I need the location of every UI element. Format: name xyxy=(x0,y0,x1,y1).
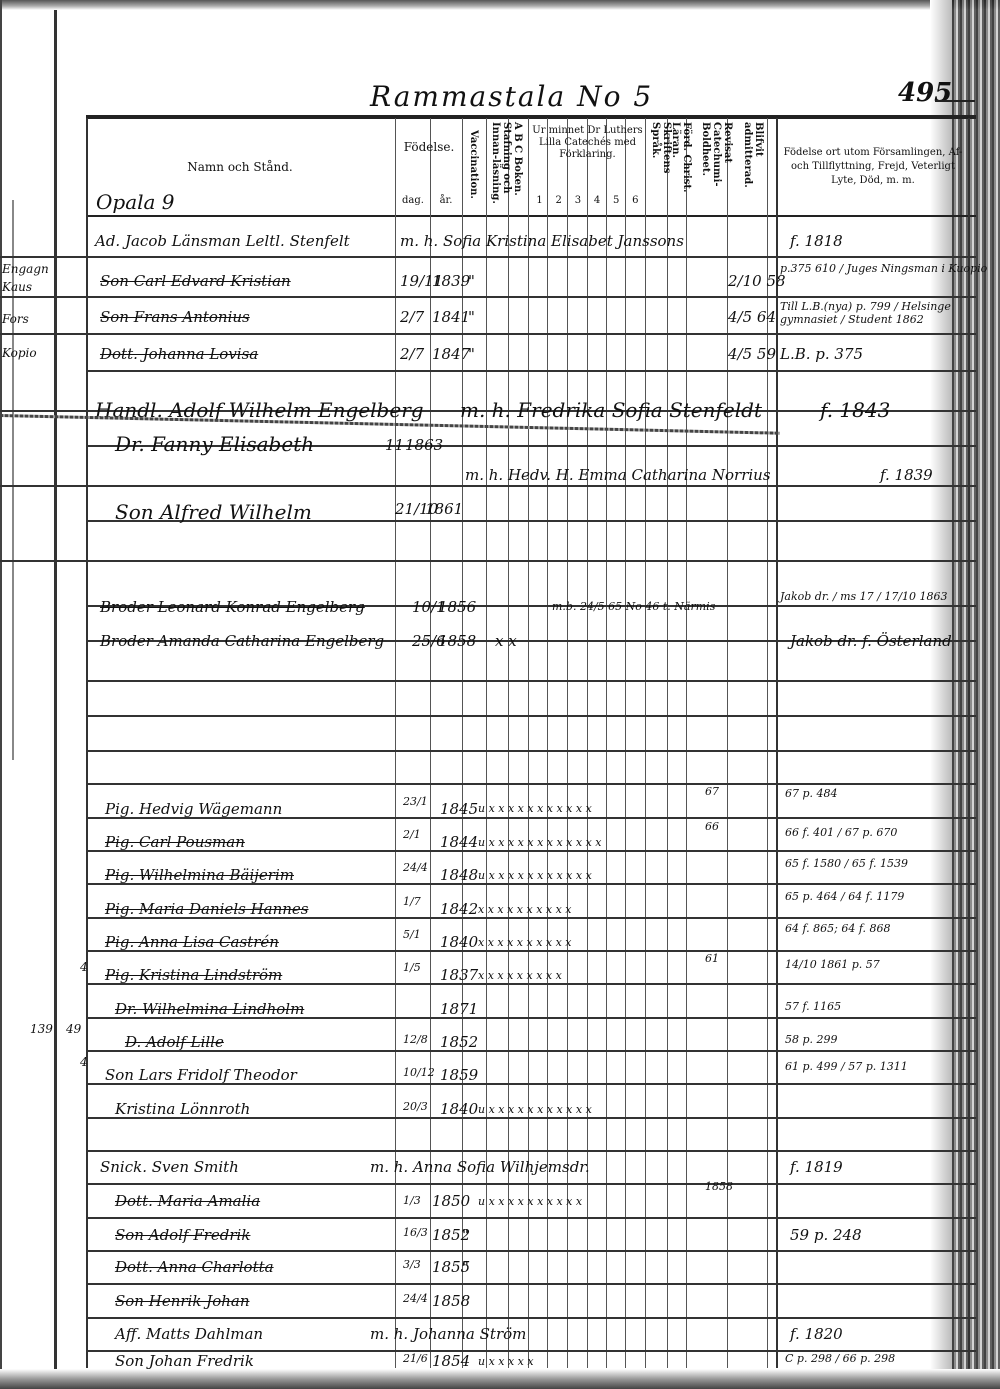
margin-note: Kaus xyxy=(2,280,32,294)
reading-marks: u x x x x x x x x x x x xyxy=(478,1103,592,1116)
cat-col-1: 1 xyxy=(536,193,542,208)
row-line xyxy=(86,783,976,785)
entry-spouse: m. h. Hedv. H. Emma Catharina Norrius xyxy=(465,466,771,484)
scan-bottom-edge xyxy=(0,1369,1000,1389)
birth-day: 10/12 xyxy=(403,1066,435,1079)
reading-marks: u x x x x x xyxy=(478,1355,534,1368)
col-line-abc xyxy=(528,118,529,1368)
entry-remark: Till L.B.(nya) p. 799 / Helsinge gymnasi… xyxy=(780,300,965,326)
entry-remark: 67 p. 484 xyxy=(785,787,838,800)
reading-marks: u x x x x x x x x x x x x xyxy=(478,836,602,849)
header-remarks: Födelse ort utom Församlingen, Af- och T… xyxy=(780,146,966,188)
birth-year: 1859 xyxy=(440,1066,478,1084)
entry-remark: 66 f. 401 / 67 p. 670 xyxy=(785,826,897,839)
header-christian-doctrine: Förd. Christ. Läran. xyxy=(670,122,692,212)
admit-date: 61 xyxy=(705,952,719,965)
birth-day: 1/5 xyxy=(403,961,421,974)
birth-day: 24/4 xyxy=(403,1292,428,1305)
entry-name: Dott. Johanna Lovisa xyxy=(100,345,258,363)
birth-year: 1858 xyxy=(432,1292,470,1310)
col-line-sprak xyxy=(667,118,668,1368)
row-line xyxy=(86,1150,976,1152)
header-vaccination: Vaccination. xyxy=(468,130,479,210)
entry-remark: 57 f. 1165 xyxy=(785,1000,841,1013)
prev-page-line xyxy=(0,560,100,562)
birth-year: 1844 xyxy=(440,833,478,851)
entry-remark: 65 p. 464 / 64 f. 1179 xyxy=(785,890,904,903)
entry-name: Dott. Maria Amalia xyxy=(115,1192,260,1210)
reading-marks: x x xyxy=(495,632,517,650)
row-line xyxy=(86,1183,976,1185)
entry-name: Son Carl Edvard Kristian xyxy=(100,272,291,290)
admit-date: 2/10 58 xyxy=(728,272,786,290)
entry-remark: 65 f. 1580 / 65 f. 1539 xyxy=(785,857,908,870)
birth-year: 1863 xyxy=(405,436,443,454)
entry-remark: 58 p. 299 xyxy=(785,1033,838,1046)
entry-remark: Jakob dr. / ms 17 / 17/10 1863 xyxy=(780,590,960,603)
entry-remark: 61 p. 499 / 57 p. 1311 xyxy=(785,1060,908,1073)
reading-marks: u x x x x x x x x x x x xyxy=(478,869,592,882)
entry-name: Pig. Carl Pousman xyxy=(105,833,245,851)
cat-col-6: 6 xyxy=(632,193,638,208)
entry-remark: f. 1839 xyxy=(880,466,933,484)
margin-number: 4 xyxy=(80,1055,88,1069)
entry-remark: 14/10 1861 p. 57 xyxy=(785,958,880,971)
margin-note: Engagn xyxy=(2,262,49,276)
birth-day: 24/4 xyxy=(403,861,428,874)
row-line xyxy=(86,1217,976,1219)
entry-name: Pig. Maria Daniels Hannes xyxy=(105,900,309,918)
entry-remark: f. 1819 xyxy=(790,1158,843,1176)
birth-year: 1848 xyxy=(440,866,478,884)
reading-marks: x x x x x x x x x x xyxy=(478,903,572,916)
entry-name: Kristina Lönnroth xyxy=(115,1100,250,1118)
admit-date: 66 xyxy=(705,820,719,833)
row-line xyxy=(86,1317,976,1319)
birth-year: 1839 xyxy=(432,272,470,290)
section-heading: Opala 9 xyxy=(96,190,175,214)
col-line-year xyxy=(462,118,463,1368)
cat-col-5: 5 xyxy=(613,193,619,208)
birth-year: 1858 xyxy=(438,632,476,650)
birth-day: 21/6 xyxy=(403,1352,428,1365)
col-line-c6 xyxy=(645,118,646,1368)
entry-name: Pig. Wilhelmina Bäijerim xyxy=(105,866,294,884)
reading-marks: u x x x x x x x x x x xyxy=(478,1195,582,1208)
entry-name: Son Henrik Johan xyxy=(115,1292,250,1310)
prev-page-line xyxy=(0,410,100,412)
margin-number: 139 xyxy=(30,1022,53,1036)
birth-year: 1871 xyxy=(440,1000,478,1018)
entry-name: Pig. Hedvig Wägemann xyxy=(105,800,282,818)
prev-page-line xyxy=(0,256,100,258)
birth-day: 5/1 xyxy=(403,928,421,941)
birth-day: 1/7 xyxy=(403,895,421,908)
entry-name: Son Adolf Fredrik xyxy=(115,1226,250,1244)
margin-number: 4 xyxy=(80,960,88,974)
col-line-remarks xyxy=(776,118,778,1368)
margin-note: Kopio xyxy=(2,346,37,360)
birth-day: 3/3 xyxy=(403,1258,421,1271)
birth-day: 2/1 xyxy=(403,828,421,841)
birth-day: 2/7 xyxy=(400,308,424,326)
book-spine xyxy=(54,10,57,1389)
reading-marks: x x x x x x x x x x xyxy=(478,936,572,949)
entry-note: m.b. 24/5 65 No 46 t. Närmis xyxy=(552,600,715,613)
col-line-day xyxy=(430,118,431,1368)
vacc-mark: " xyxy=(462,1226,469,1244)
page-number: 495 xyxy=(898,78,952,108)
entry-remark: f. 1843 xyxy=(820,398,890,422)
birth-day: 20/3 xyxy=(403,1100,428,1113)
entry-name: Pig. Kristina Lindström xyxy=(105,966,282,984)
header-birth: Födelse. xyxy=(396,140,462,155)
entry-name: Dr. Fanny Elisabeth xyxy=(115,432,314,456)
entry-spouse: m. h. Anna Sofia Wilhjemsdr. xyxy=(370,1158,590,1176)
prev-page-line xyxy=(0,296,100,298)
col-line-right xyxy=(968,118,970,1368)
birth-year: 1854 xyxy=(432,1352,470,1370)
col-line-c4 xyxy=(606,118,607,1368)
birth-day: 2/7 xyxy=(400,345,424,363)
vacc-mark: " xyxy=(462,1258,469,1276)
birth-day: 12/8 xyxy=(403,1033,428,1046)
entry-name: Aff. Matts Dahlman xyxy=(115,1325,263,1343)
header-birth-day: dag. xyxy=(398,193,428,208)
admit-date: 4/5 64 xyxy=(728,308,776,326)
entry-name: Broder Leonard Konrad Engelberg xyxy=(100,598,365,616)
row-line xyxy=(86,1250,976,1252)
col-line-c5 xyxy=(625,118,626,1368)
entry-name: Dr. Wilhelmina Lindholm xyxy=(115,1000,304,1018)
reading-marks: x x x x x x x x x xyxy=(478,969,562,982)
header-admitted: Blifvit admitterad. xyxy=(742,122,764,212)
row-line xyxy=(86,333,976,335)
header-birth-year: år. xyxy=(432,193,460,208)
margin-number: 49 xyxy=(66,1022,81,1036)
prev-page-line xyxy=(0,333,100,335)
page-number-underline xyxy=(935,100,975,102)
col-line-c3 xyxy=(587,118,588,1368)
entry-name: Pig. Anna Lisa Castrén xyxy=(105,933,279,951)
row-line xyxy=(86,485,976,487)
col-line-left xyxy=(86,118,88,1368)
entry-name: Son Alfred Wilhelm xyxy=(115,500,312,524)
prev-page-line xyxy=(0,485,100,487)
header-abc-book: A B C Boken. xyxy=(512,122,523,212)
row-line xyxy=(86,560,976,562)
cat-col-4: 4 xyxy=(594,193,600,208)
birth-year: 1852 xyxy=(440,1033,478,1051)
row-line xyxy=(86,370,976,372)
birth-year: 1847 xyxy=(432,345,470,363)
row-line xyxy=(86,256,976,258)
row-line xyxy=(86,1283,976,1285)
margin-note: Fors xyxy=(2,312,29,326)
col-line-read xyxy=(508,118,509,1368)
header-catechism-numbers: 1 2 3 4 5 6 xyxy=(530,193,645,208)
entry-name: Broder Amanda Catharina Engelberg xyxy=(100,632,384,650)
entry-remark: L.B. p. 375 xyxy=(780,345,863,363)
col-line-c2 xyxy=(567,118,568,1368)
birth-day: 23/1 xyxy=(403,795,428,808)
header-catechumen-review: Revisat Catechumi-Boldheet. xyxy=(700,122,733,212)
birth-year: 1861 xyxy=(425,500,463,518)
vacc-mark: " xyxy=(468,345,475,363)
row-line xyxy=(86,680,976,682)
entry-spouse: m. h. Johanna Ström xyxy=(370,1325,526,1343)
scan-right-fade xyxy=(930,0,952,1389)
entry-spouse: m. h. Fredrika Sofia Stenfeldt xyxy=(460,398,762,422)
header-catechism: Ur minnet Dr Luthers Lilla Catechés med … xyxy=(530,125,645,161)
admit-date: 1858 xyxy=(705,1180,733,1193)
entry-remark: f. 1818 xyxy=(790,232,843,250)
header-bottom-rule xyxy=(86,215,976,217)
entry-name: D. Adolf Lille xyxy=(125,1033,224,1051)
page-title: Rammastala No 5 xyxy=(370,80,653,113)
entry-name: Ad. Jacob Länsman Leltl. Stenfelt xyxy=(95,232,350,250)
cat-col-3: 3 xyxy=(575,193,581,208)
page-left-edge xyxy=(0,0,2,1389)
col-line-c1 xyxy=(547,118,548,1368)
birth-year: 1837 xyxy=(440,966,478,984)
admit-date: 4/5 59 xyxy=(728,345,776,363)
col-line-christ xyxy=(686,118,687,1368)
entry-name: Son Frans Antonius xyxy=(100,308,250,326)
birth-year: 1845 xyxy=(440,800,478,818)
scan-top-edge xyxy=(0,0,1000,10)
birth-day: 16/3 xyxy=(403,1226,428,1239)
vacc-mark: " xyxy=(468,308,475,326)
birth-year: 1841 xyxy=(432,308,470,326)
header-reading: Stafning och Innan-läsning. xyxy=(490,122,512,212)
entry-name: Son Lars Fridolf Theodor xyxy=(105,1066,297,1084)
birth-year: 1856 xyxy=(438,598,476,616)
entry-name: Snick. Sven Smith xyxy=(100,1158,239,1176)
row-line xyxy=(86,715,976,717)
birth-year: 1840 xyxy=(440,933,478,951)
entry-remark: 64 f. 865; 64 f. 868 xyxy=(785,922,891,935)
header-bible-language: Skriftens Språk. xyxy=(650,122,672,212)
admit-date: 67 xyxy=(705,785,719,798)
entry-name: Dott. Anna Charlotta xyxy=(115,1258,274,1276)
entry-spouse: m. h. Sofia Kristina Elisabet Janssons xyxy=(400,232,684,250)
vacc-mark: " xyxy=(468,272,475,290)
cat-col-2: 2 xyxy=(556,193,562,208)
entry-remark: C p. 298 / 66 p. 298 xyxy=(785,1352,895,1365)
birth-year: 1842 xyxy=(440,900,478,918)
birth-day: 1/3 xyxy=(403,1194,421,1207)
birth-year: 1850 xyxy=(432,1192,470,1210)
entry-remark: f. 1820 xyxy=(790,1325,843,1343)
scan-right-edge xyxy=(952,0,1000,1389)
col-line-vacc xyxy=(486,118,487,1368)
col-line-admit xyxy=(767,118,768,1368)
col-line-name xyxy=(395,118,396,1368)
birth-day: 11 xyxy=(385,436,404,454)
entry-remark: 59 p. 248 xyxy=(790,1226,862,1244)
row-line xyxy=(86,296,976,298)
row-line xyxy=(86,750,976,752)
birth-year: 1840 xyxy=(440,1100,478,1118)
header-name: Namn och Stånd. xyxy=(170,160,310,175)
entry-name: Son Johan Fredrik xyxy=(115,1352,254,1370)
entry-remark: Jakob dr. f. Österland xyxy=(790,632,952,650)
entry-remark: p.375 610 / Juges Ningsman i Kuopio xyxy=(780,262,987,275)
table-top-rule xyxy=(86,115,976,119)
reading-marks: u x x x x x x x x x x x xyxy=(478,802,592,815)
